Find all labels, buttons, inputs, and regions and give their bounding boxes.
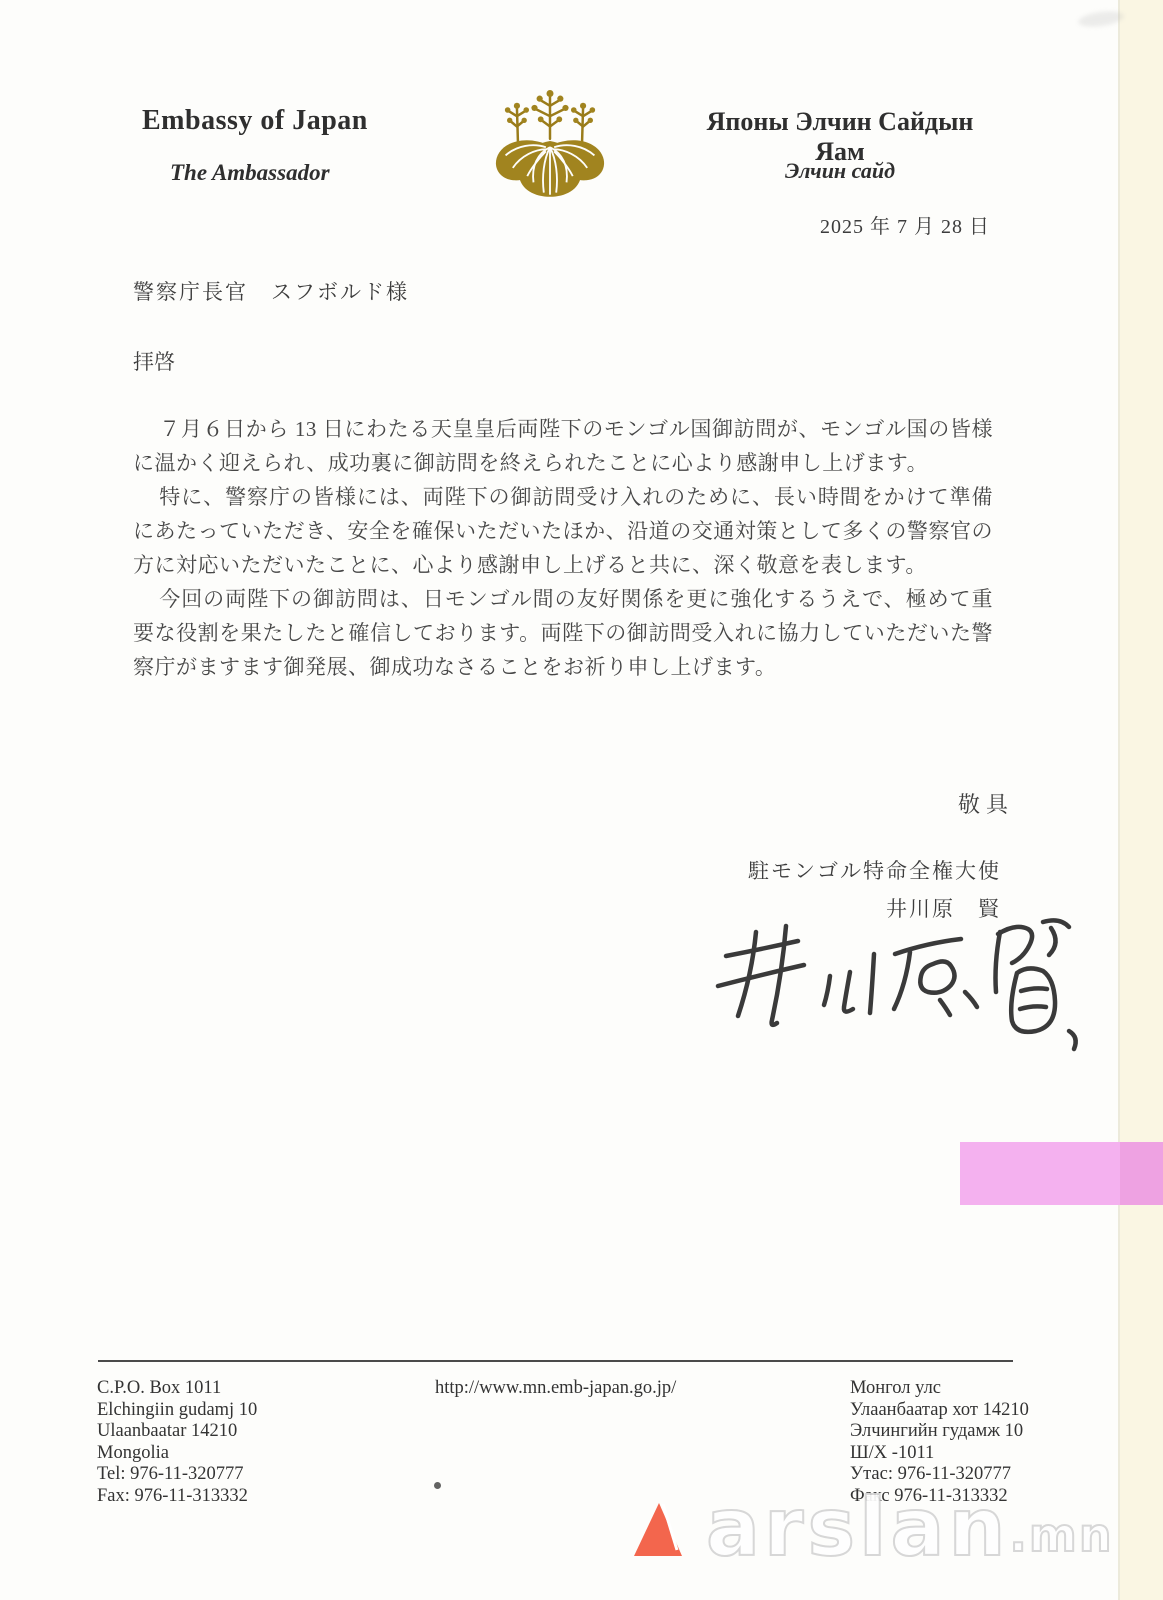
address-line: Ulaanbaatar 14210 <box>97 1421 257 1443</box>
footer-divider <box>98 1360 1013 1362</box>
address-line: Монгол улс <box>850 1378 1029 1400</box>
paragraph-1: ７月６日から 13 日にわたる天皇皇后両陛下のモンゴル国御訪問が、モンゴル国の皆… <box>133 412 993 480</box>
ambassador-title-english: The Ambassador <box>170 160 330 186</box>
closing-keigu: 敬具 <box>958 788 1014 819</box>
sender-title: 駐モンゴル特命全権大使 <box>748 855 1001 885</box>
watermark-suffix: .mn <box>1009 1512 1113 1558</box>
page-edge-strip <box>1120 0 1163 1600</box>
address-line: Элчингийн гудамж 10 <box>850 1421 1029 1443</box>
arslan-triangle-logo-icon <box>630 1500 688 1558</box>
scanned-letter-page: Embassy of Japan The Ambassador Японы Эл… <box>0 0 1163 1600</box>
fax-line: Fax: 976-11-313332 <box>97 1486 257 1508</box>
handwritten-signature-ikawahara-ken <box>712 912 1094 1054</box>
arslan-watermark: arslan .mn <box>630 1498 1114 1558</box>
watermark-text: arslan <box>706 1498 1009 1558</box>
address-line: Улаанбаатар хот 14210 <box>850 1400 1029 1422</box>
letter-date: 2025 年 7 月 28 日 <box>820 210 990 239</box>
letter-body: ７月６日から 13 日にわたる天皇皇后両陛下のモンゴル国御訪問が、モンゴル国の皆… <box>133 412 993 684</box>
phone-line: Tel: 976-11-320777 <box>97 1464 257 1486</box>
embassy-name-english: Embassy of Japan <box>142 105 368 137</box>
address-line: C.P.O. Box 1011 <box>97 1378 257 1400</box>
address-line: Mongolia <box>97 1443 257 1465</box>
address-line: Elchingiin gudamj 10 <box>97 1400 257 1422</box>
salutation: 拝啓 <box>133 346 175 376</box>
paragraph-2: 特に、警察庁の皆様には、両陛下の御訪問受け入れのために、長い時間をかけて準備にあ… <box>133 480 993 582</box>
footer-website-url: http://www.mn.emb-japan.go.jp/ <box>435 1378 676 1400</box>
footer-address-english: C.P.O. Box 1011 Elchingiin gudamj 10 Ula… <box>97 1378 257 1507</box>
scan-speck <box>434 1482 441 1489</box>
paulownia-seal-icon <box>488 82 612 200</box>
pink-highlight-sticker-edge <box>1120 1142 1163 1205</box>
address-line: Ш/Х -1011 <box>850 1443 1029 1465</box>
ambassador-title-mongolian: Элчин сайд <box>680 158 1000 184</box>
page-edge-shadow <box>1118 0 1120 1600</box>
recipient-line: 警察庁長官 スフボルド様 <box>133 276 409 306</box>
paragraph-3: 今回の両陛下の御訪問は、日モンゴル間の友好関係を更に強化するうえで、極めて重要な… <box>133 582 993 684</box>
